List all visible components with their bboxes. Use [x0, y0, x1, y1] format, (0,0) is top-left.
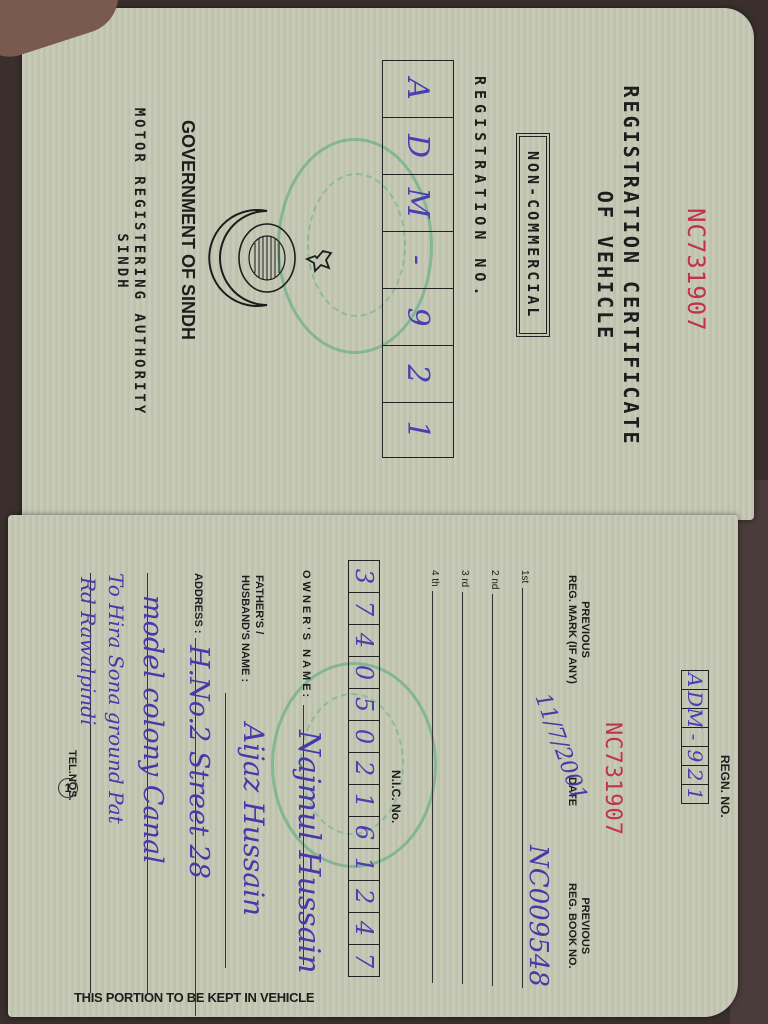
nic-cell: 7	[349, 945, 379, 976]
address-line-3: To Hira Sona ground Pat	[104, 573, 128, 824]
father-name-label: FATHER'S / HUSBAND'S NAME :	[238, 575, 266, 682]
row-label: 4 th	[429, 570, 440, 587]
row-label: 1st	[519, 570, 530, 583]
cover-page: NC731907 REGISTRATION CERTIFICATE OF VEH…	[22, 8, 754, 520]
nic-cell: 1	[349, 849, 379, 881]
regn-cell: 1	[682, 785, 708, 803]
nic-cell: 4	[349, 625, 379, 657]
reg-cell: 1	[383, 403, 453, 457]
reg-cell: M	[383, 175, 453, 232]
regn-cell: -	[682, 728, 708, 747]
page-one: REGN. NO. A D M - 9 2 1 NC731907 PREVIOU…	[8, 515, 738, 1017]
previous-row-4: 4 th	[427, 570, 445, 983]
nic-cell: 2	[349, 881, 379, 913]
regn-cell: 2	[682, 766, 708, 785]
cover-serial-number: NC731907	[682, 208, 710, 332]
authority-line1: MOTOR REGISTERING AUTHORITY	[130, 76, 147, 448]
address-line-2: model colony Canal	[137, 595, 168, 864]
sindh-emblem-icon	[197, 203, 337, 313]
authority-line2: SINDH	[113, 76, 130, 448]
motor-registering-authority: MOTOR REGISTERING AUTHORITY SINDH	[113, 76, 147, 448]
father-name-value: Aijaz Hussain	[237, 723, 270, 916]
reg-cell: -	[383, 232, 453, 289]
nic-cell: 4	[349, 913, 379, 945]
regn-cell: A	[682, 671, 708, 690]
previous-book-no-value: NC009548	[523, 845, 553, 987]
header-line: PREVIOUS	[578, 575, 591, 684]
nic-cell: 6	[349, 817, 379, 849]
nic-cell: 3	[349, 561, 379, 593]
row-label: 3 rd	[459, 570, 470, 587]
label-line: HUSBAND'S NAME :	[238, 575, 252, 682]
nic-label: N.I.C. No.	[389, 770, 403, 823]
father-name-line	[220, 693, 238, 968]
regn-no-boxes: A D M - 9 2 1	[681, 670, 709, 804]
address-label: ADDRESS :	[192, 573, 204, 634]
cover-title-line2: OF VEHICLE	[592, 76, 618, 456]
row-line	[462, 592, 463, 984]
row-line	[432, 591, 433, 983]
header-line: REG. MARK (IF ANY)	[565, 575, 578, 684]
regn-cell: 9	[682, 747, 708, 766]
label-line: FATHER'S /	[252, 575, 266, 682]
non-commercial-box: NON-COMMERCIAL	[516, 133, 550, 337]
row-line	[492, 594, 493, 986]
reg-cell: 2	[383, 346, 453, 403]
cover-title-line1: REGISTRATION CERTIFICATE	[618, 76, 644, 456]
previous-reg-mark-header: PREVIOUS REG. MARK (IF ANY)	[565, 575, 591, 684]
address-line-1: H.No.2 Street 28	[183, 645, 214, 879]
regn-cell: D	[682, 690, 708, 709]
owner-name-label: OWNER'S NAME:	[300, 570, 312, 700]
nic-cell: 2	[349, 753, 379, 785]
regn-cell: M	[682, 709, 708, 728]
owner-name-value: Najmul Hussain	[291, 730, 326, 973]
address-line-4: Rd Rawalpindi	[76, 577, 100, 725]
nic-boxes: 3 7 4 0 5 0 2 1 6 1 2 4 7	[348, 560, 380, 977]
reg-cell: D	[383, 118, 453, 175]
header-line: REG. BOOK NO.	[565, 883, 578, 969]
page-number-badge: 1	[58, 778, 78, 798]
header-line: PREVIOUS	[578, 883, 591, 969]
footer-keep-in-vehicle: THIS PORTION TO BE KEPT IN VEHICLE	[74, 990, 314, 1005]
reg-cell: A	[383, 61, 453, 118]
previous-row-3: 3 rd	[457, 570, 475, 984]
nic-cell: 0	[349, 721, 379, 753]
row-label: 2 nd	[489, 570, 500, 589]
registration-no-label: REGISTRATION NO.	[471, 76, 489, 301]
cover-title: REGISTRATION CERTIFICATE OF VEHICLE	[592, 76, 644, 456]
nic-cell: 5	[349, 689, 379, 721]
nic-cell: 1	[349, 785, 379, 817]
registration-no-boxes: A D M - 9 2 1	[382, 60, 454, 458]
reg-cell: 9	[383, 289, 453, 346]
regn-no-label: REGN. NO.	[718, 755, 732, 818]
page-serial-number: NC731907	[600, 722, 625, 836]
previous-book-no-header: PREVIOUS REG. BOOK NO.	[565, 883, 591, 969]
nic-cell: 0	[349, 657, 379, 689]
previous-date-value: 11/7/2001	[530, 690, 592, 805]
previous-row-2: 2 nd	[487, 570, 505, 986]
nic-cell: 7	[349, 593, 379, 625]
government-of-sindh: GOVERNMENT OF SINDH	[177, 120, 198, 340]
underline	[225, 693, 226, 968]
